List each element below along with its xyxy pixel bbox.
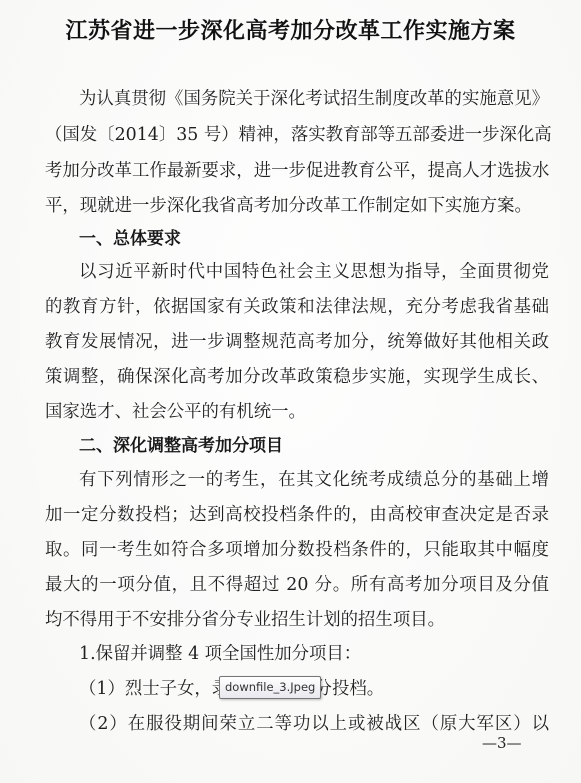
paragraph-line: 均不得用于不安排分省分专业招生计划的招生项目。 xyxy=(45,605,549,635)
paragraph-line: 有下列情形之一的考生，在其文化统考成绩总分的基础上增 xyxy=(79,465,549,495)
paragraph-line: 以习近平新时代中国特色社会主义思想为指导，全面贯彻党 xyxy=(79,257,549,287)
paragraph-line: 最大的一项分值，且不得超过 20 分。所有高考加分项目及分值 xyxy=(45,570,549,600)
paragraph-line: 教育发展情况，进一步调整规范高考加分，统筹做好其他相关政 xyxy=(45,327,549,357)
paragraph-line: 取。同一考生如符合多项增加分数投档条件的，只能取其中幅度 xyxy=(45,535,549,565)
list-heading: 1.保留并调整 4 项全国性加分项目： xyxy=(79,639,549,669)
paragraph-line: （国发〔2014〕35 号）精神，落实教育部等五部委进一步深化高 xyxy=(45,120,549,150)
paragraph-line: 考加分改革工作最新要求，进一步促进教育公平，提高人才选拔水 xyxy=(45,156,549,186)
document-page: 江苏省进一步深化高考加分改革工作实施方案 为认真贯彻《国务院关于深化考试招生制度… xyxy=(0,0,581,783)
filename-tooltip: downfile_3.Jpeg xyxy=(219,676,321,699)
paragraph-line: 的教育方针，依据国家有关政策和法律法规，充分考虑我省基础 xyxy=(45,292,549,322)
section-heading-2: 二、深化调整高考加分项目 xyxy=(79,431,283,461)
document-title: 江苏省进一步深化高考加分改革工作实施方案 xyxy=(0,14,581,45)
list-item: （2）在服役期间荣立二等功以上或被战区（原大军区）以 xyxy=(79,709,549,739)
paragraph-line: 加一定分数投档；达到高校投档条件的，由高校审查决定是否录 xyxy=(45,500,549,530)
paragraph-line: 策调整，确保深化高考加分改革政策稳步实施，实现学生成长、 xyxy=(45,362,549,392)
page-number: —3— xyxy=(482,734,522,752)
paragraph-line: 国家选才、社会公平的有机统一。 xyxy=(45,397,549,427)
paragraph-line: 为认真贯彻《国务院关于深化考试招生制度改革的实施意见》 xyxy=(79,84,549,114)
paragraph-line: 平，现就进一步深化我省高考加分改革工作制定如下实施方案。 xyxy=(45,191,549,221)
section-heading-1: 一、总体要求 xyxy=(79,224,181,254)
